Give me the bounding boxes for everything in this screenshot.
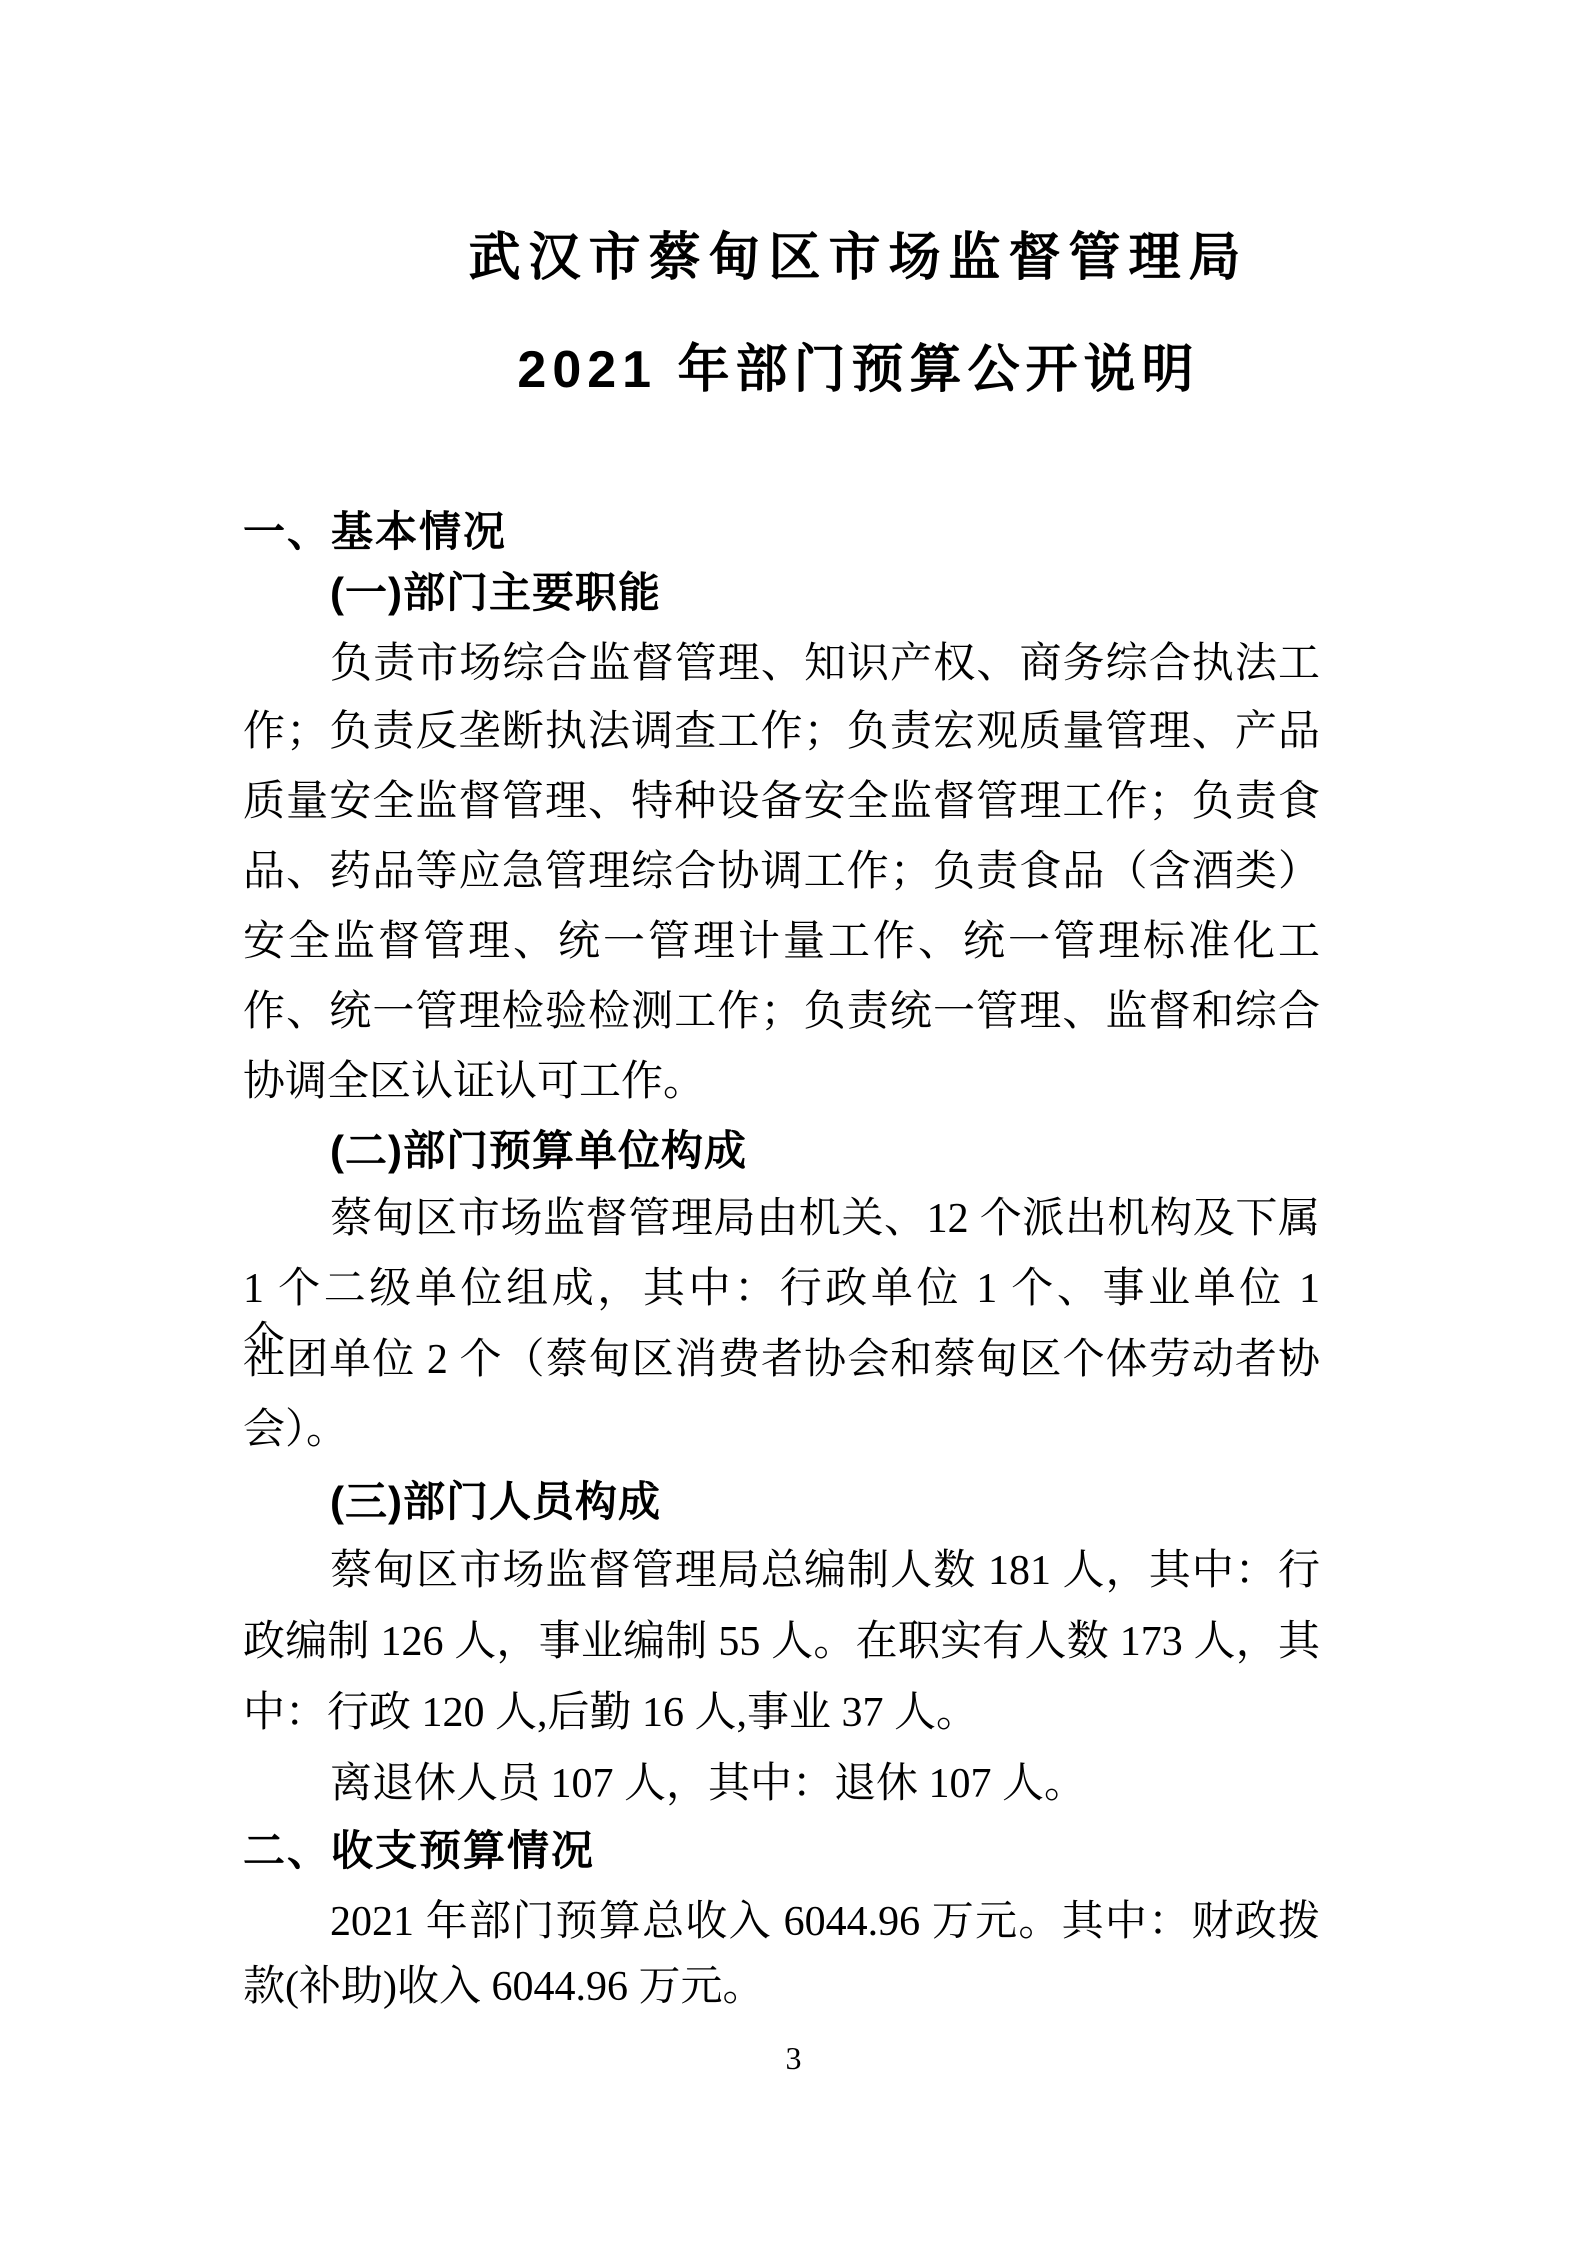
body-line: 品、药品等应急管理综合协调工作；负责食品（含酒类） <box>243 845 1320 899</box>
body-line: 中：行政 120 人,后勤 16 人,事业 37 人。 <box>243 1686 1320 1740</box>
section1-sub1-heading: (一)部门主要职能 <box>243 566 1320 620</box>
body-line: 蔡甸区市场监督管理局由机关、12 个派出机构及下属 <box>243 1192 1320 1246</box>
body-line: 协调全区认证认可工作。 <box>243 1055 1320 1109</box>
section1-heading: 一、基本情况 <box>243 505 1320 559</box>
body-line: 质量安全监督管理、特种设备安全监督管理工作；负责食 <box>243 775 1320 829</box>
section1-sub3-heading: (三)部门人员构成 <box>243 1475 1320 1529</box>
body-line: 政编制 126 人，事业编制 55 人。在职实有人数 173 人，其 <box>243 1615 1320 1669</box>
section2-heading: 二、收支预算情况 <box>243 1824 1320 1878</box>
page-number: 3 <box>0 2038 1587 2078</box>
body-line: 离退休人员 107 人，其中：退休 107 人。 <box>243 1757 1320 1811</box>
document-title-line2: 2021 年部门预算公开说明 <box>320 340 1397 400</box>
body-line: 2021 年部门预算总收入 6044.96 万元。其中：财政拨 <box>243 1895 1320 1949</box>
body-line: 蔡甸区市场监督管理局总编制人数 181 人，其中：行 <box>243 1544 1320 1598</box>
body-line: 安全监督管理、统一管理计量工作、统一管理标准化工 <box>243 915 1320 969</box>
body-line: 款(补助)收入 6044.96 万元。 <box>243 1960 1320 2014</box>
body-line: 作、统一管理检验检测工作；负责统一管理、监督和综合 <box>243 985 1320 1039</box>
body-line: 社团单位 2 个（蔡甸区消费者协会和蔡甸区个体劳动者协 <box>243 1333 1320 1387</box>
document-page: 武汉市蔡甸区市场监督管理局 2021 年部门预算公开说明 一、基本情况 (一)部… <box>0 0 1587 2245</box>
body-line: 作；负责反垄断执法调查工作；负责宏观质量管理、产品 <box>243 705 1320 759</box>
section1-sub2-heading: (二)部门预算单位构成 <box>243 1124 1320 1178</box>
body-line: 会）。 <box>243 1403 1320 1457</box>
document-title-line1: 武汉市蔡甸区市场监督管理局 <box>320 228 1397 288</box>
body-line: 负责市场综合监督管理、知识产权、商务综合执法工 <box>243 637 1320 691</box>
